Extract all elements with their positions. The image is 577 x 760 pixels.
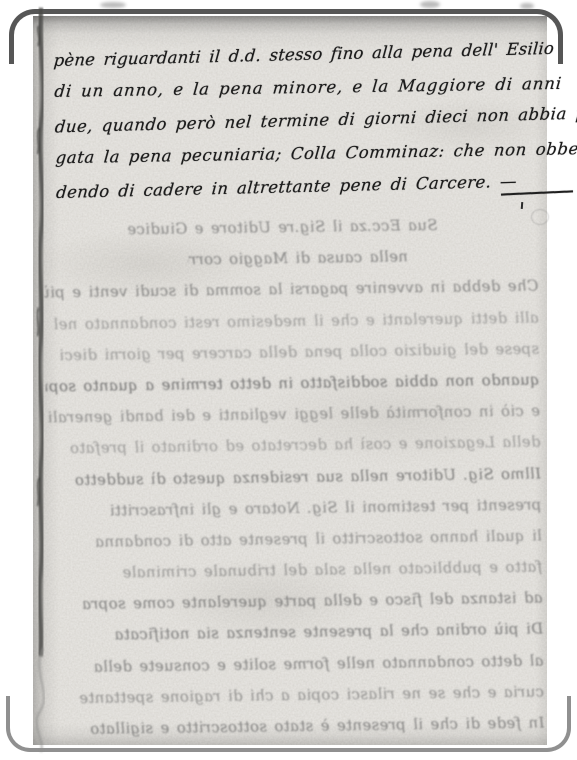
scan-smudge [520,3,534,9]
manuscript-page-scan: pène riguardanti il d.d. stesso fino all… [33,16,547,745]
scan-smudge [100,2,126,8]
scan-smudge [420,1,440,8]
bleedthrough-line: nella causa di Maggio corrente [187,242,410,276]
scanned-document-view: { "frame": { "top_border_color": "#56565… [0,0,577,760]
bleedthrough-text: Sua Ecc.za il Sig.re Uditore e Giudice n… [37,209,544,746]
bleedthrough-line: Sua Ecc.za il Sig.re Uditore e Giudice [126,210,439,246]
manuscript-ink-text: pène riguardanti il d.d. stesso fino all… [53,33,548,207]
